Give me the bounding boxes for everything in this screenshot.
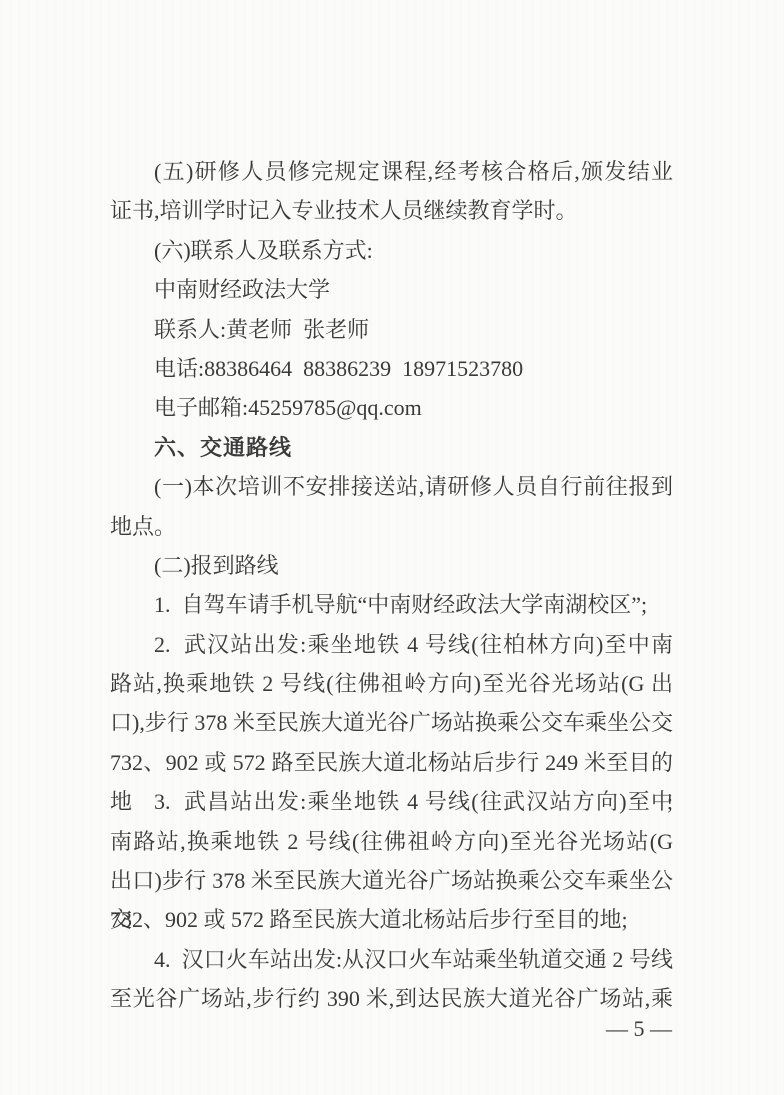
text-line: 地点。 [110,507,673,546]
text-line: 出口)步行 378 米至民族大道光谷广场站换乘公交车乘坐公交 [110,861,673,900]
text-line: 电子邮箱:45259785@qq.com [110,388,673,427]
text-line: 中南财经政法大学 [110,270,673,309]
text-line: 3. 武昌站出发:乘坐地铁 4 号线(往武汉站方向)至中 [110,782,673,821]
section-heading: 六、交通路线 [110,428,673,467]
text-line: 联系人:黄老师 张老师 [110,310,673,349]
text-line: 1. 自驾车请手机导航“中南财经政法大学南湖校区”; [110,585,673,624]
text-line: 至光谷广场站,步行约 390 米,到达民族大道光谷广场站,乘 [110,979,673,1018]
page-number: — 5 — [606,1014,672,1044]
text-line: 电话:88386464 88386239 18971523780 [110,349,673,388]
text-line: (五)研修人员修完规定课程,经考核合格后,颁发结业 [110,152,673,191]
text-line: 4. 汉口火车站出发:从汉口火车站乘坐轨道交通 2 号线 [110,940,673,979]
text-line: 证书,培训学时记入专业技术人员继续教育学时。 [110,191,673,230]
text-line: 口),步行 378 米至民族大道光谷广场站换乘公交车乘坐公交 [110,703,673,742]
text-line: (二)报到路线 [110,546,673,585]
text-line: 南路站,换乘地铁 2 号线(往佛祖岭方向)至光谷光场站(G [110,822,673,861]
document-page: (五)研修人员修完规定课程,经考核合格后,颁发结业证书,培训学时记入专业技术人员… [0,0,784,1095]
text-line: 2. 武汉站出发:乘坐地铁 4 号线(往柏林方向)至中南 [110,625,673,664]
text-line: 732、902 或 572 路至民族大道北杨站后步行 249 米至目的地; [110,743,673,782]
text-line: (六)联系人及联系方式: [110,231,673,270]
document-body: (五)研修人员修完规定课程,经考核合格后,颁发结业证书,培训学时记入专业技术人员… [110,152,673,1019]
text-line: 732、902 或 572 路至民族大道北杨站后步行至目的地; [110,900,673,939]
text-line: (一)本次培训不安排接送站,请研修人员自行前往报到 [110,467,673,506]
text-line: 路站,换乘地铁 2 号线(往佛祖岭方向)至光谷光场站(G 出 [110,664,673,703]
